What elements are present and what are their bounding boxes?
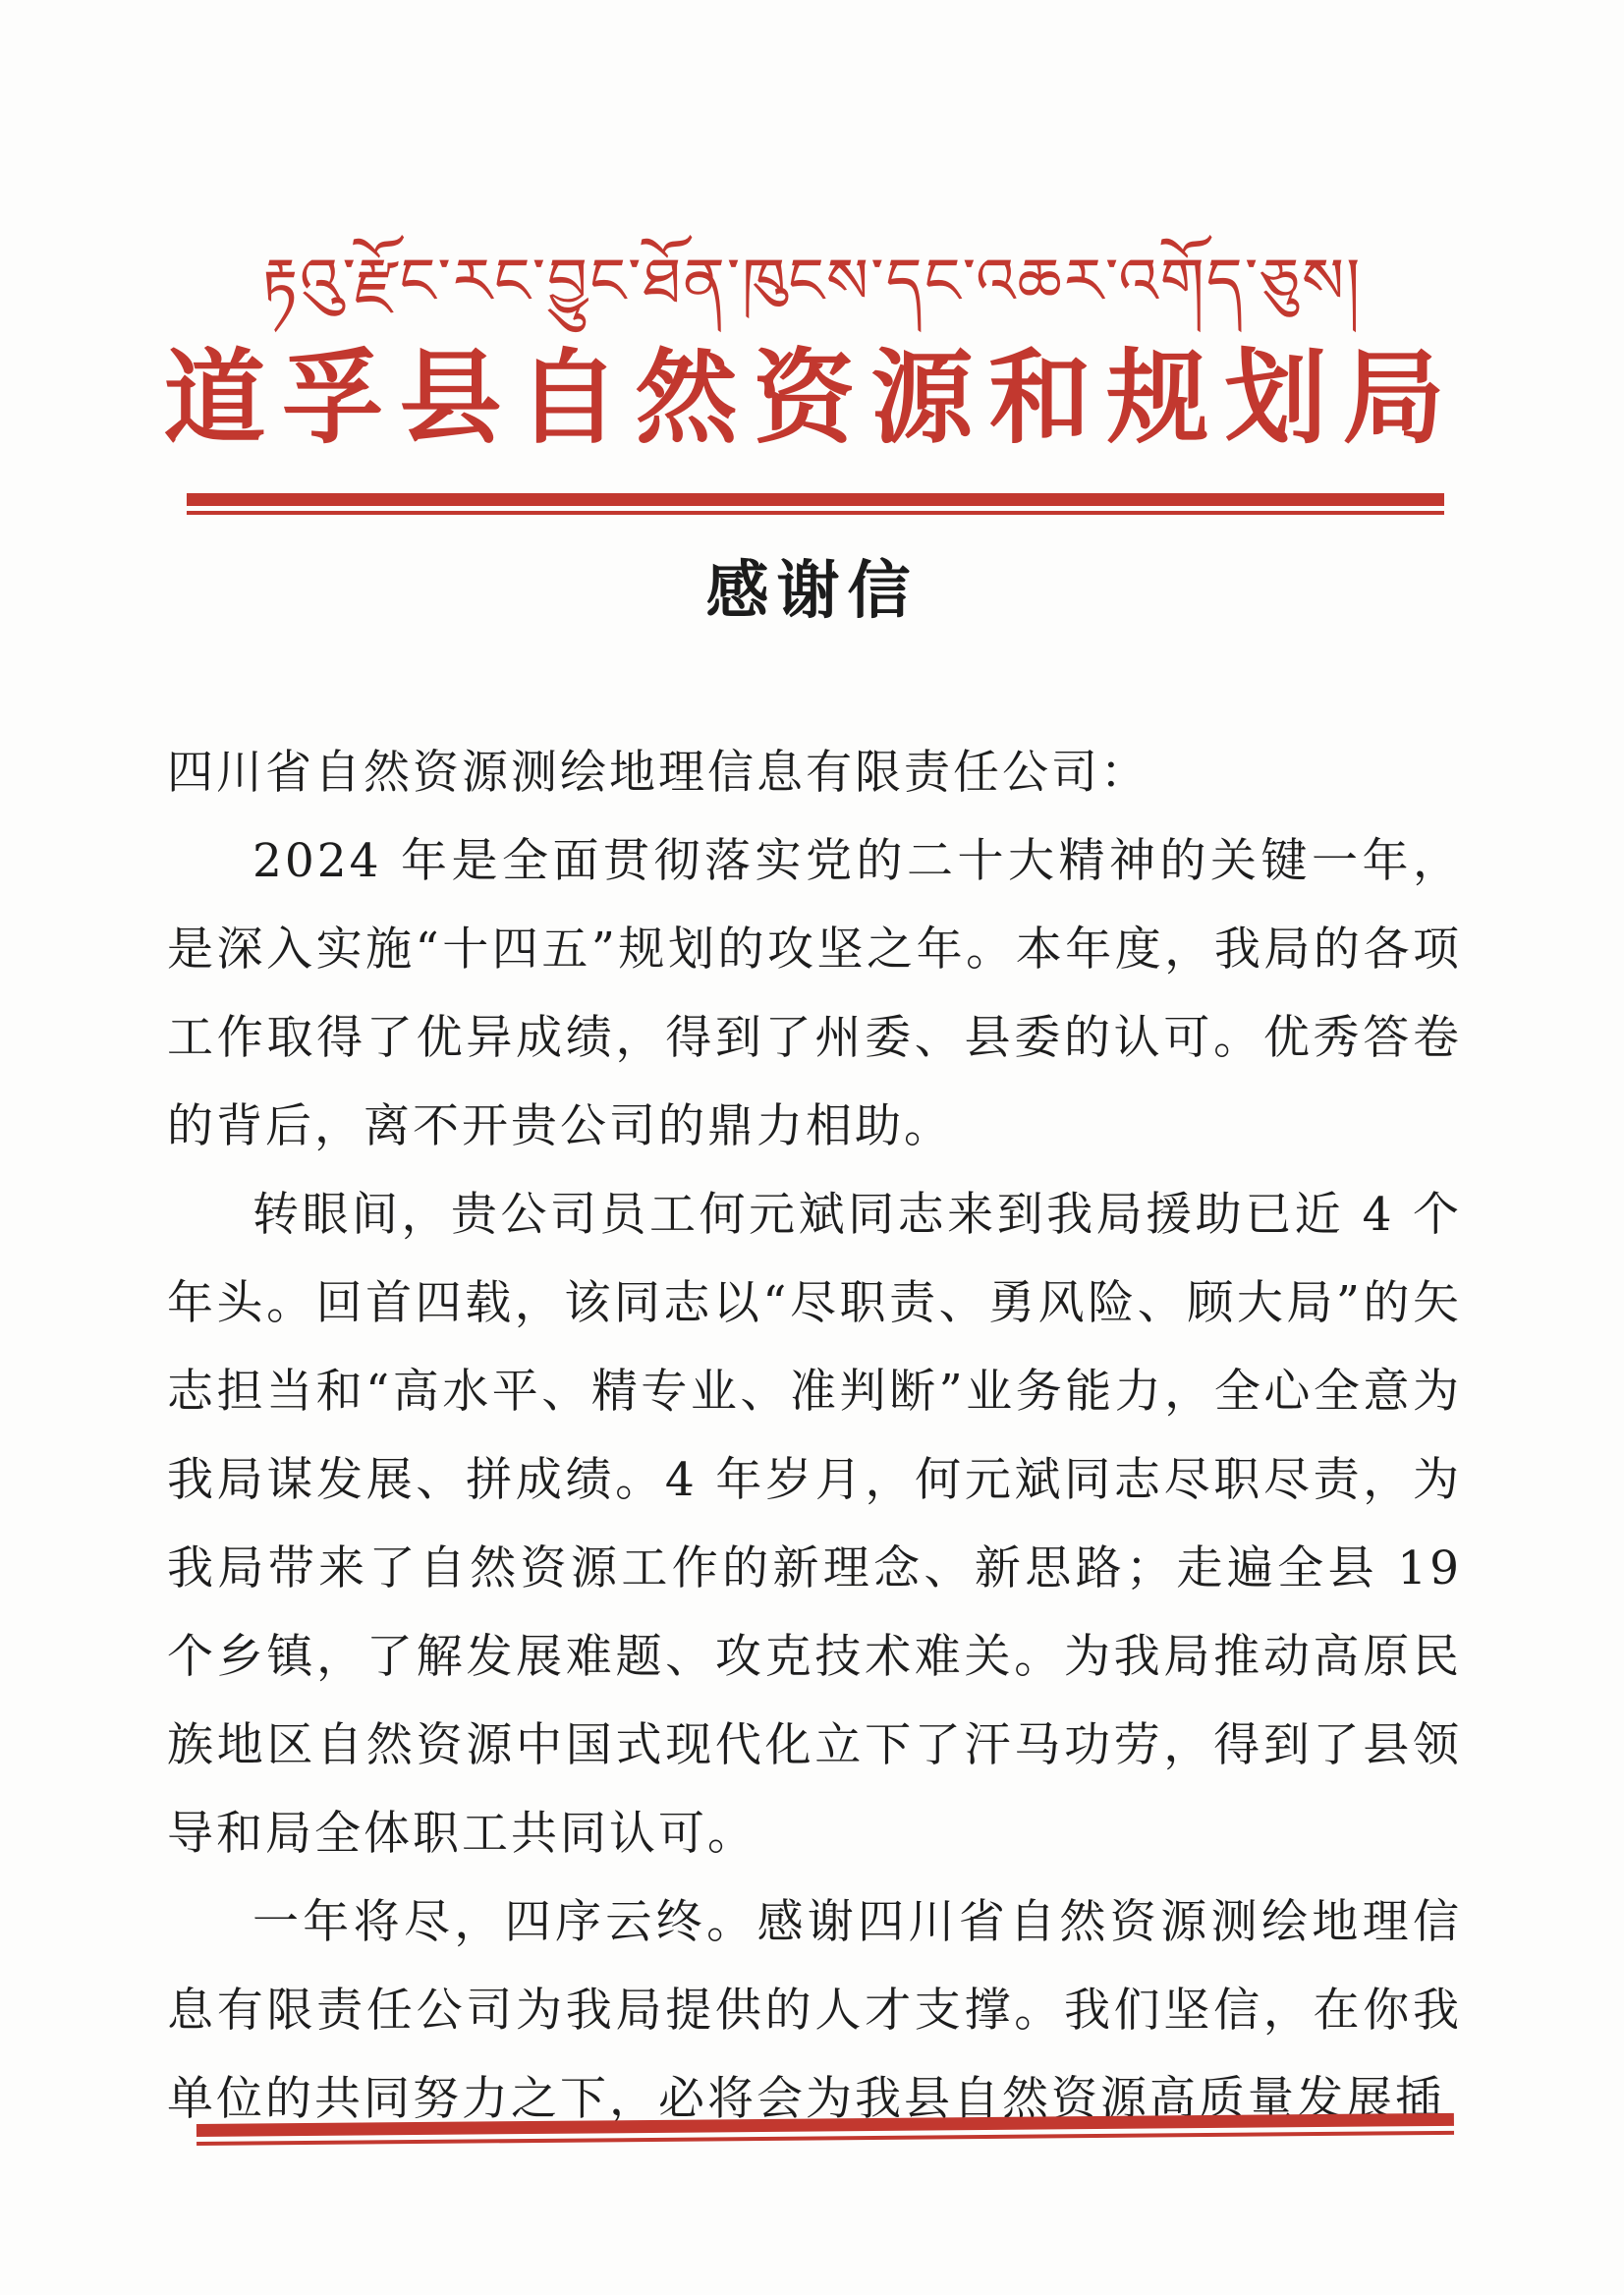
tibetan-org-name: རྟའུ་རྫོང་རང་བྱུང་ཐོན་ཁུངས་དང་འཆར་འགོད་ཅ… [0, 228, 1624, 336]
letterhead-rule [187, 493, 1444, 515]
letter-body: 四川省自然资源测绘地理信息有限责任公司： 2024 年是全面贯彻落实党的二十大精… [167, 729, 1462, 2144]
body-paragraph: 转眼间，贵公司员工何元斌同志来到我局援助已近 4 个年头。回首四载，该同志以“尽… [167, 1171, 1462, 1878]
scanned-letter-page: རྟའུ་རྫོང་རང་བྱུང་ཐོན་ཁུངས་དང་འཆར་འགོད་ཅ… [0, 0, 1624, 2295]
body-paragraph: 2024 年是全面贯彻落实党的二十大精神的关键一年，是深入实施“十四五”规划的攻… [167, 817, 1462, 1171]
letterhead-rule-thick [187, 493, 1444, 506]
org-name: 道孚县自然资源和规划局 [0, 324, 1624, 472]
document-title: 感谢信 [0, 546, 1624, 637]
letterhead-rule-thin [187, 511, 1444, 515]
salutation: 四川省自然资源测绘地理信息有限责任公司： [167, 729, 1462, 817]
body-paragraph: 一年将尽，四序云终。感谢四川省自然资源测绘地理信息有限责任公司为我局提供的人才支… [167, 1878, 1462, 2144]
